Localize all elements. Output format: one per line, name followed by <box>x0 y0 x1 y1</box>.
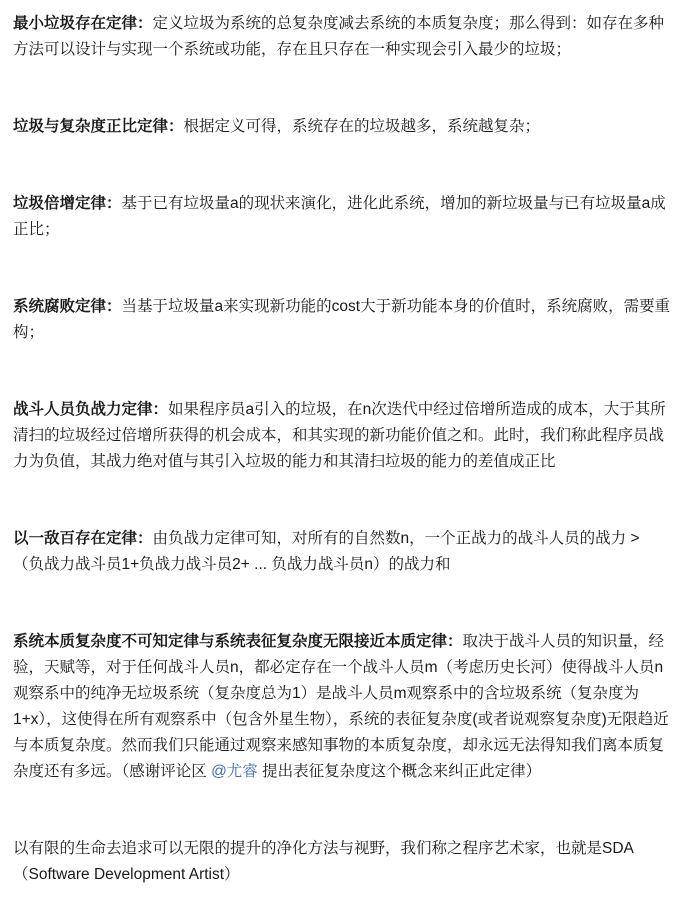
law-body: 取决于战斗人员的知识量，经验，天赋等，对于任何战斗人员n，都必定存在一个战斗人员… <box>13 633 669 780</box>
law-paragraph-essential-complexity-unknowable: 系统本质复杂度不可知定律与系统表征复杂度无限接近本质定律：取决于战斗人员的知识量… <box>13 629 674 785</box>
law-term: 系统本质复杂度不可知定律与系统表征复杂度无限接近本质定律： <box>13 633 463 650</box>
law-term: 最小垃圾存在定律： <box>13 15 153 32</box>
law-body-after-mention: 提出表征复杂度这个概念来纠正此定律） <box>258 763 541 780</box>
user-mention-link[interactable]: @尤睿 <box>211 763 258 780</box>
law-paragraph-minimal-garbage: 最小垃圾存在定律：定义垃圾为系统的总复杂度减去系统的本质复杂度；那么得到：如存在… <box>13 11 674 63</box>
law-term: 战斗人员负战力定律： <box>13 401 168 418</box>
law-paragraph-one-vs-hundred: 以一敌百存在定律：由负战力定律可知，对所有的自然数n，一个正战力的战斗人员的战力… <box>13 526 674 578</box>
closing-paragraph-sda: 以有限的生命去追求可以无限的提升的净化方法与视野，我们称之程序艺术家，也就是SD… <box>13 836 674 888</box>
law-term: 系统腐败定律： <box>13 298 122 315</box>
law-paragraph-system-corruption: 系统腐败定律：当基于垃圾量a来实现新功能的cost大于新功能本身的价值时，系统腐… <box>13 294 674 346</box>
article-body: 最小垃圾存在定律：定义垃圾为系统的总复杂度减去系统的本质复杂度；那么得到：如存在… <box>0 0 687 908</box>
law-body: 根据定义可得，系统存在的垃圾越多，系统越复杂； <box>184 118 541 135</box>
law-body: 以有限的生命去追求可以无限的提升的净化方法与视野，我们称之程序艺术家，也就是SD… <box>13 840 634 883</box>
law-paragraph-garbage-complexity-proportional: 垃圾与复杂度正比定律：根据定义可得，系统存在的垃圾越多，系统越复杂； <box>13 114 674 140</box>
law-term: 垃圾与复杂度正比定律： <box>13 118 184 135</box>
law-term: 垃圾倍增定律： <box>13 195 122 212</box>
law-term: 以一敌百存在定律： <box>13 530 153 547</box>
law-paragraph-garbage-multiplication: 垃圾倍增定律：基于已有垃圾量a的现状来演化，进化此系统，增加的新垃圾量与已有垃圾… <box>13 191 674 243</box>
law-paragraph-negative-combat-power: 战斗人员负战力定律：如果程序员a引入的垃圾，在n次迭代中经过倍增所造成的成本，大… <box>13 397 674 475</box>
